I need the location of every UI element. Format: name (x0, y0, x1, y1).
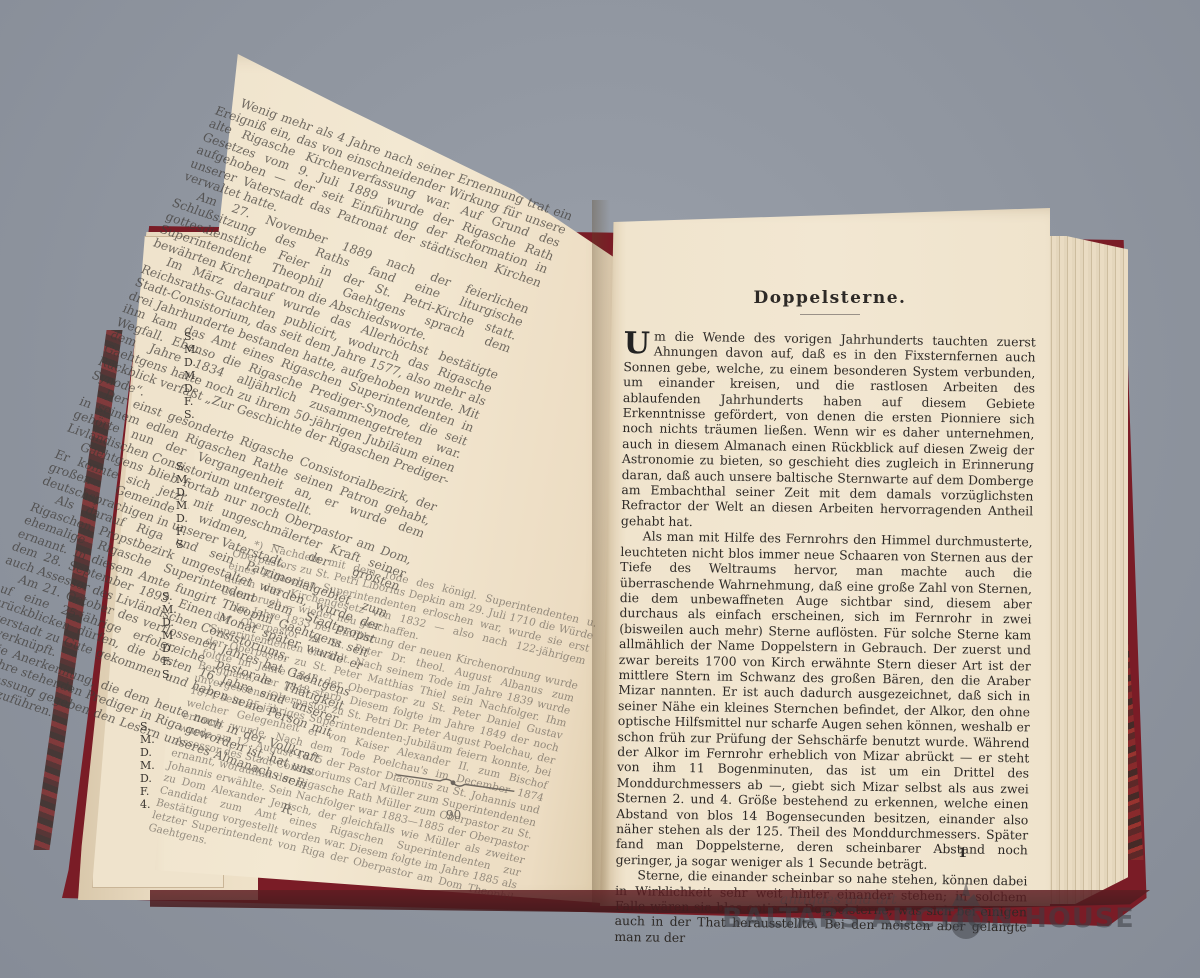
title-rule (800, 314, 860, 319)
margin-abbrev: D. (140, 772, 155, 785)
crown-icon (948, 882, 984, 944)
drop-cap: U (624, 330, 651, 358)
watermark-brand: BALTARS AUCTION HOUSE (722, 903, 1122, 943)
book-photo: S. M. D. M. D. F. S. S. M. D. M. D. F. S… (0, 0, 1200, 978)
right-page-number: 1 (958, 846, 967, 861)
right-paragraph-text: m die Wende des vorigen Jahrhunderts tau… (621, 328, 1036, 529)
right-paragraph: Als man mit Hilfe des Fernrohrs den Himm… (616, 528, 1033, 873)
right-paragraph: Um die Wende des vorigen Jahrhunderts ta… (621, 328, 1036, 535)
left-page-number: 90 (446, 808, 461, 822)
margin-abbrev: F. (140, 785, 155, 798)
gutter-shadow (592, 200, 610, 906)
right-page-body: Um die Wende des vorigen Jahrhunderts ta… (614, 328, 1036, 951)
page-stack-right (1040, 236, 1128, 904)
chapter-title: Doppelsterne. (730, 288, 930, 308)
margin-abbrev: 4. (140, 798, 155, 811)
